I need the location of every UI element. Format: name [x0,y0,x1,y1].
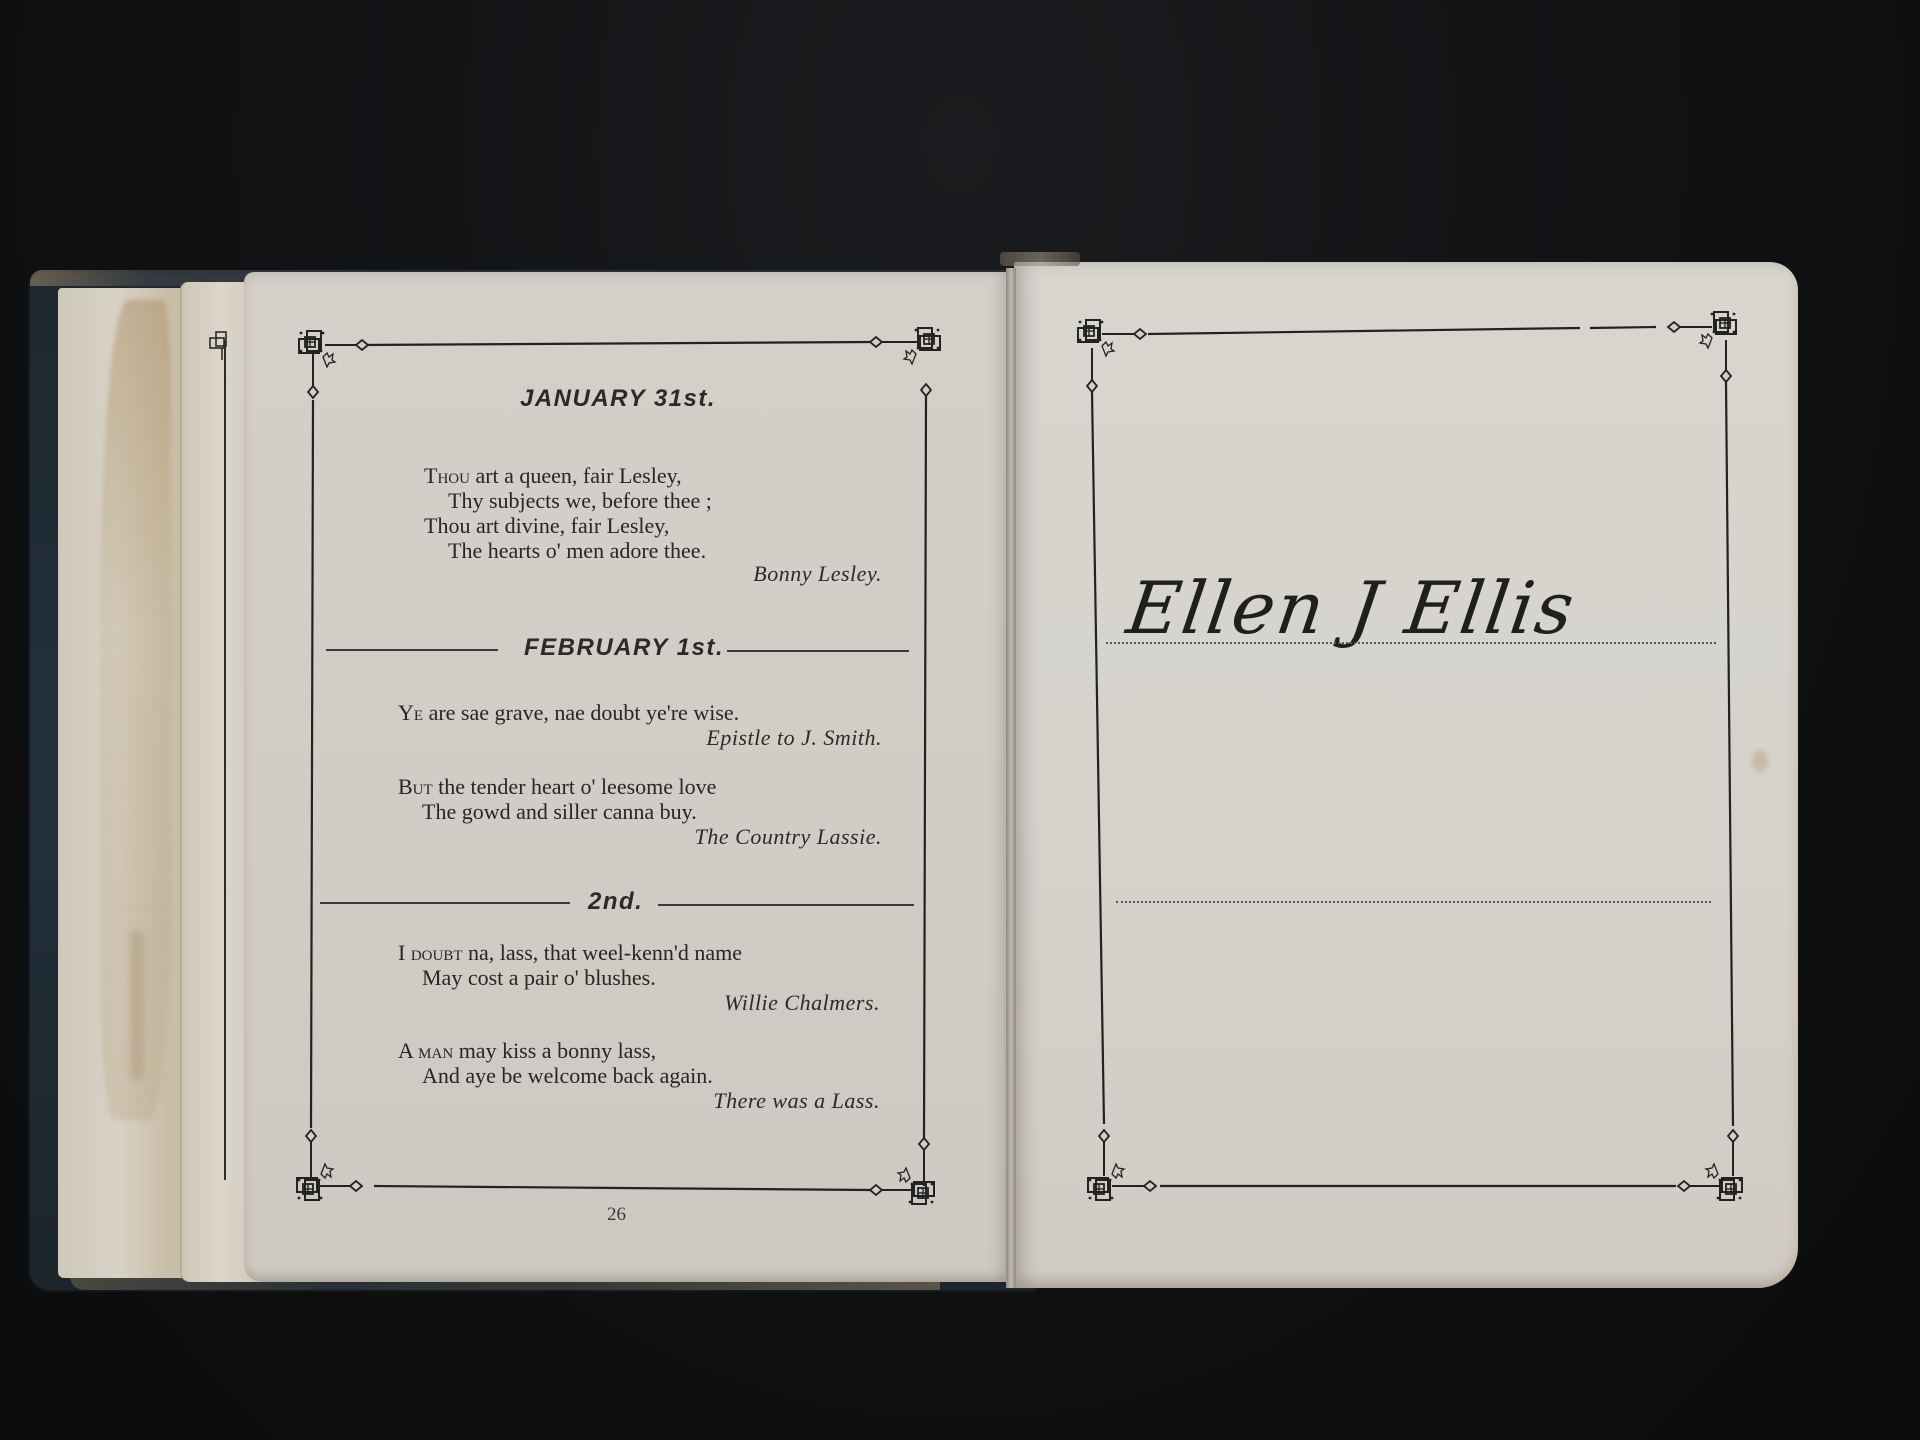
page-borders [0,0,1920,1440]
verse-line: And aye be welcome back again. [422,1063,713,1088]
section-rule [320,902,570,904]
section-rule [658,904,914,906]
verse-text: may kiss a bonny lass, [453,1038,656,1063]
verse-line: But the tender heart o' leesome love [398,774,716,799]
verse-line: I doubt na, lass, that weel-kenn'd name [398,940,742,965]
verse-line: The hearts o' men adore thee. [448,538,706,563]
verse-lead-word: But [398,774,433,799]
verse-line: The gowd and siller canna buy. [422,799,697,824]
verse-lead-word: Ye [398,700,423,725]
poem-attribution: Willie Chalmers. [724,990,880,1016]
verse-text: the tender heart o' leesome love [433,774,717,799]
date-heading-feb-1: FEBRUARY 1st. [524,634,724,662]
page-number: 26 [607,1204,626,1226]
date-heading-feb-2: 2nd. [588,888,643,916]
poem-attribution: Epistle to J. Smith. [706,725,882,751]
section-rule [727,650,909,652]
verse-text: na, lass, that weel-kenn'd name [463,940,742,965]
handwritten-signature: Ellen J Ellis [1122,566,1581,650]
poem-attribution: The Country Lassie. [695,824,882,850]
poem-attribution: There was a Lass. [713,1088,880,1114]
signature-line [1116,901,1711,903]
signature-line [1106,642,1716,644]
verse-lead-word: Thou [424,463,470,488]
verse-line: Thy subjects we, before thee ; [448,488,712,513]
section-rule [326,649,498,651]
verse-line: Ye are sae grave, nae doubt ye're wise. [398,700,739,725]
verse-text: art a queen, fair Lesley, [470,463,682,488]
verse-lead-word: A man [398,1038,453,1063]
verse-line: Thou art a queen, fair Lesley, [424,463,682,488]
verse-text: are sae grave, nae doubt ye're wise. [423,700,739,725]
poem-attribution: Bonny Lesley. [753,561,882,587]
right-page-frame [1078,312,1742,1200]
verse-line: May cost a pair o' blushes. [422,965,656,990]
verse-line: A man may kiss a bonny lass, [398,1038,656,1063]
verse-line: Thou art divine, fair Lesley, [424,513,669,538]
verse-lead-word: I doubt [398,940,463,965]
date-heading-jan-31: JANUARY 31st. [520,385,716,413]
